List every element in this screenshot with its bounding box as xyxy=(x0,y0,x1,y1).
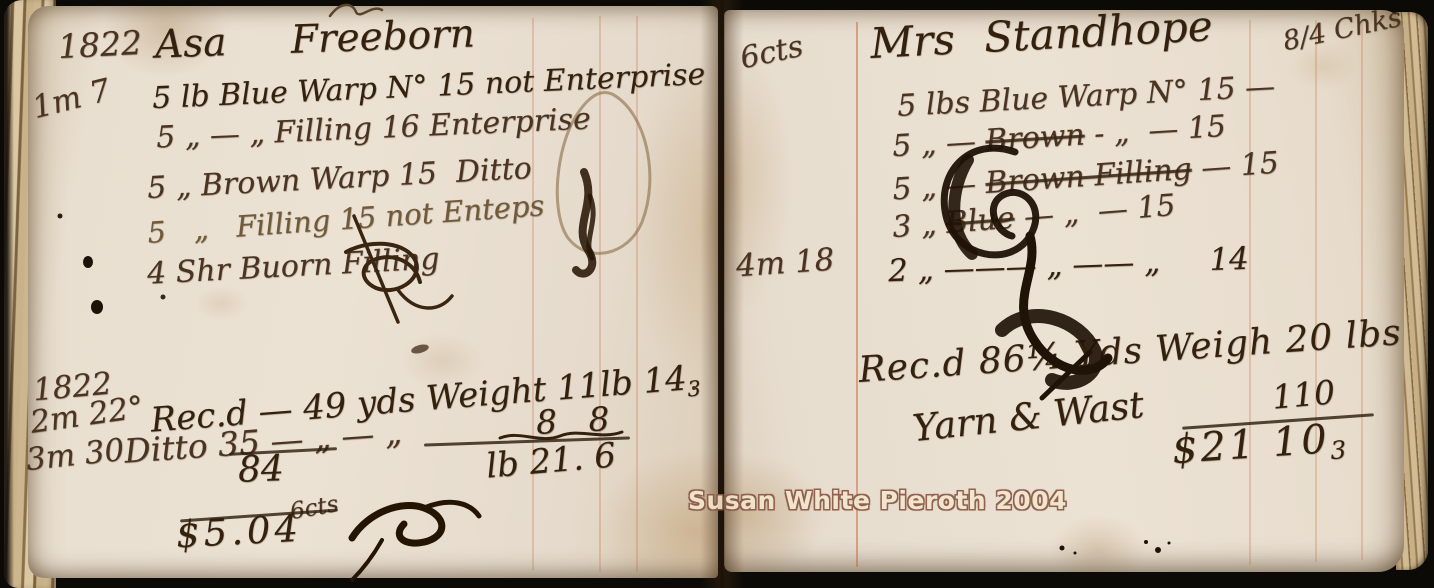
ruled-line xyxy=(599,16,601,572)
entry-struck: Brown xyxy=(984,117,1085,158)
entry-pre: 5 „ — xyxy=(891,124,986,165)
entry-pre: 5 „ — xyxy=(891,166,986,207)
ruled-line xyxy=(636,16,638,572)
grand-total-main: $21 10 xyxy=(1170,416,1331,473)
watermark-credit: Susan White Pieroth 2004 xyxy=(688,486,1067,515)
entry-post: — 15 xyxy=(1190,146,1279,187)
summary-row1-sub: 3 xyxy=(686,375,701,401)
ruled-line xyxy=(1361,22,1363,560)
account-holder-name: Asa Freeborn xyxy=(154,14,475,64)
summary-row3-value: lb 21. 6 xyxy=(485,438,617,483)
ruled-line xyxy=(532,18,534,570)
grand-total-sub: 3 xyxy=(1329,435,1350,465)
summary-subtotal: 84 xyxy=(237,451,284,489)
ruled-line xyxy=(1315,20,1317,562)
right-margin-date: 4m 18 xyxy=(735,245,835,283)
entry-struck: Blue xyxy=(945,201,1016,241)
summary-row2-value: 8 8 xyxy=(535,402,610,439)
left-year: 1822 xyxy=(57,26,143,63)
ledger-book-scan: { "document_type": "handwritten account … xyxy=(0,0,1434,588)
entry-pre: 3 „ xyxy=(891,206,947,245)
yarn-waste-value: 110 xyxy=(1271,375,1337,413)
